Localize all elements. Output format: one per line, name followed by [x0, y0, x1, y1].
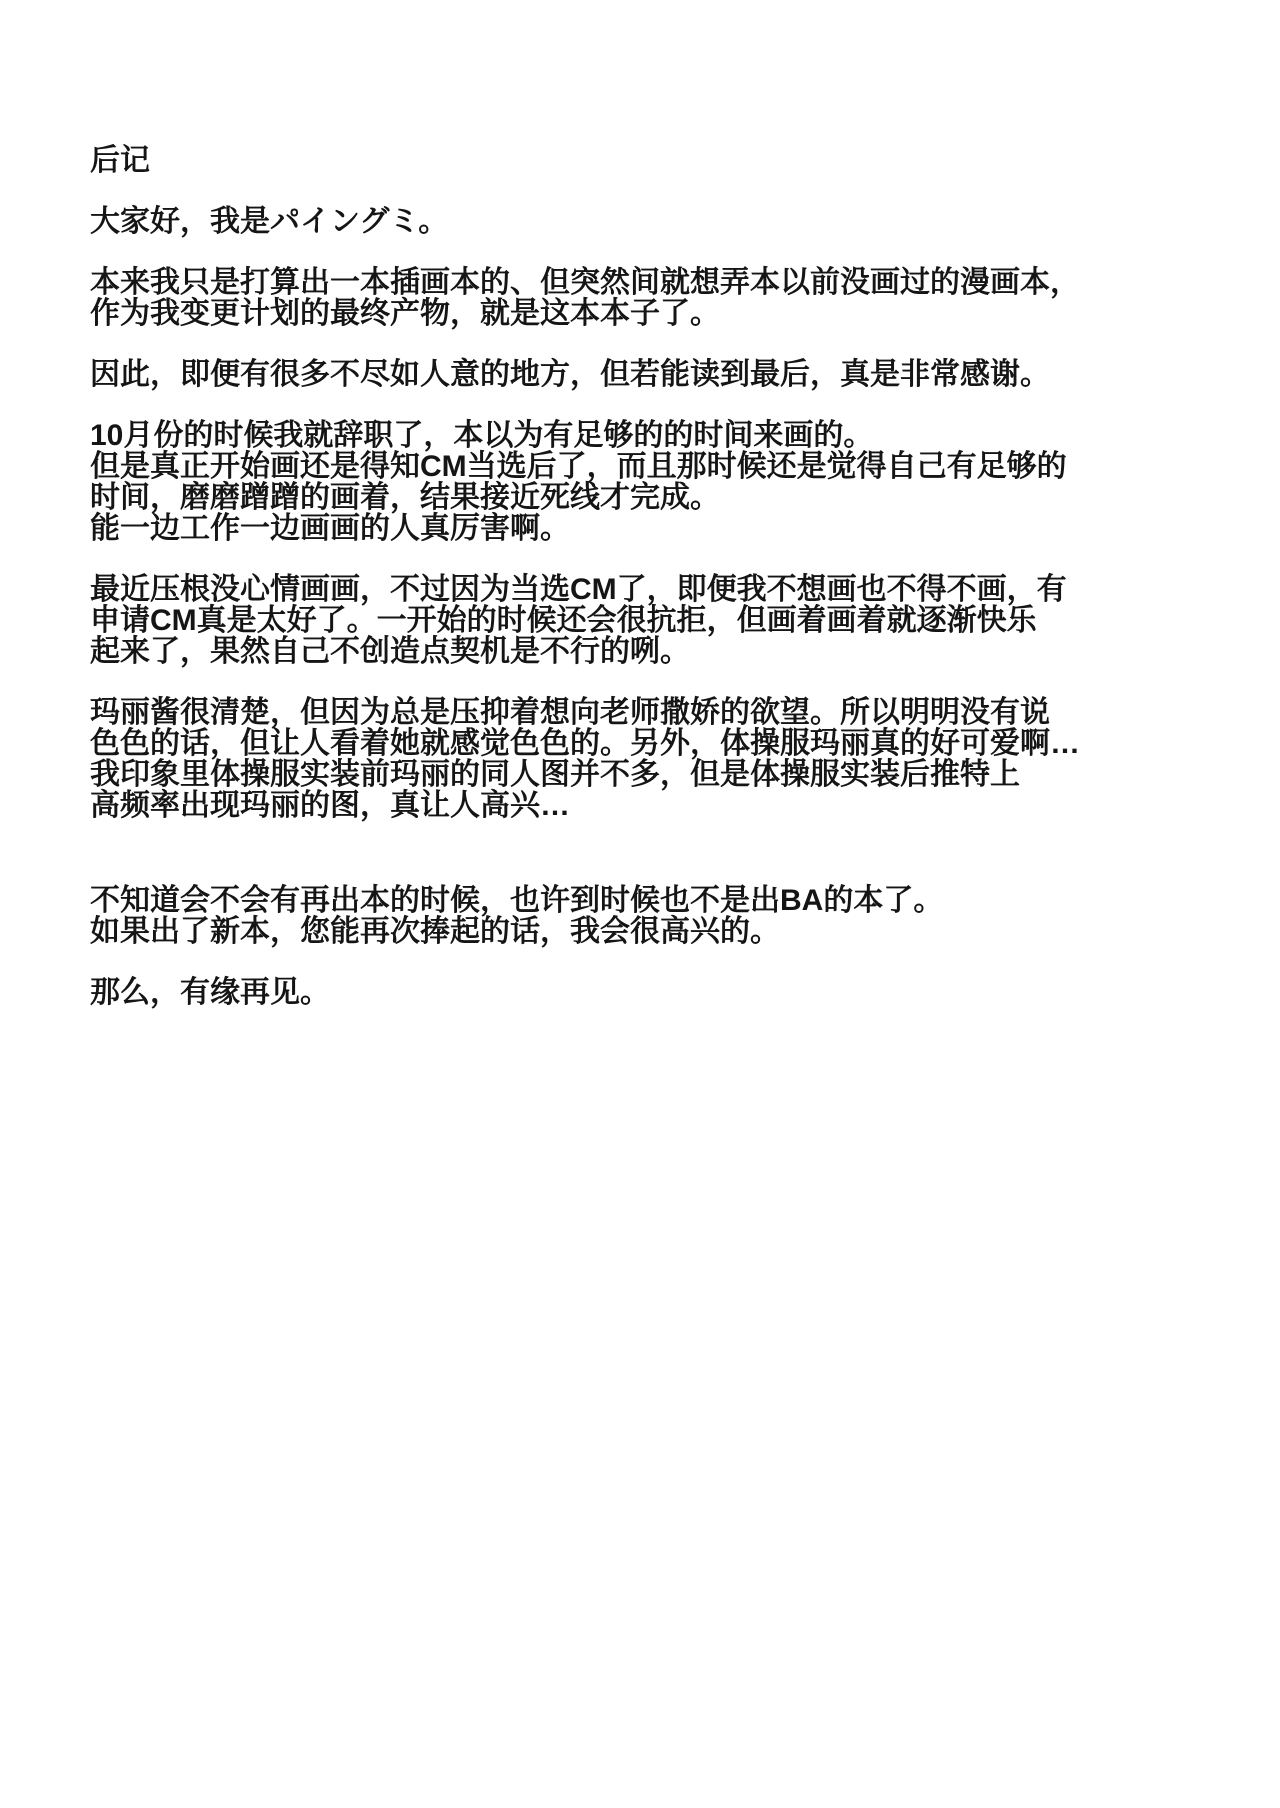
afterword-text-block: 后记大家好，我是パイングミ。本来我只是打算出一本插画本的、但突然间就想弄本以前没… [90, 145, 1200, 1008]
greeting: 大家好，我是パイングミ。 [90, 206, 1200, 237]
text-line: 能一边工作一边画画的人真厉害啊。 [90, 513, 1200, 544]
text-line: 时间，磨磨蹭蹭的画着，结果接近死线才完成。 [90, 482, 1200, 513]
text-line: 高频率出现玛丽的图，真让人高兴… [90, 790, 1200, 821]
text-line: 不知道会不会有再出本的时候，也许到时候也不是出BA的本了。 [90, 885, 1200, 916]
text-line: 玛丽酱很清楚，但因为总是压抑着想向老师撒娇的欲望。所以明明没有说 [90, 697, 1200, 728]
text-line: 作为我变更计划的最终产物，就是这本本子了。 [90, 298, 1200, 329]
page-title: 后记 [90, 145, 1200, 176]
paragraph: 10月份的时候我就辞职了，本以为有足够的的时间来画的。但是真正开始画还是得知CM… [90, 420, 1200, 544]
paragraph: 玛丽酱很清楚，但因为总是压抑着想向老师撒娇的欲望。所以明明没有说色色的话，但让人… [90, 697, 1200, 821]
text-line: 申请CM真是太好了。一开始的时候还会很抗拒，但画着画着就逐渐快乐 [90, 605, 1200, 636]
text-line: 后记 [90, 145, 1200, 176]
paragraph: 不知道会不会有再出本的时候，也许到时候也不是出BA的本了。如果出了新本，您能再次… [90, 885, 1200, 947]
text-line: 起来了，果然自己不创造点契机是不行的咧。 [90, 636, 1200, 667]
text-line: 大家好，我是パイングミ。 [90, 206, 1200, 237]
text-line: 因此，即便有很多不尽如人意的地方，但若能读到最后，真是非常感谢。 [90, 359, 1200, 390]
closing: 那么，有缘再见。 [90, 977, 1200, 1008]
text-line: 最近压根没心情画画，不过因为当选CM了，即便我不想画也不得不画，有 [90, 574, 1200, 605]
afterword-page: 后记大家好，我是パイングミ。本来我只是打算出一本插画本的、但突然间就想弄本以前没… [0, 0, 1280, 1808]
text-line: 我印象里体操服实装前玛丽的同人图并不多，但是体操服实装后推特上 [90, 759, 1200, 790]
text-line: 如果出了新本，您能再次捧起的话，我会很高兴的。 [90, 916, 1200, 947]
text-line: 那么，有缘再见。 [90, 977, 1200, 1008]
text-line: 但是真正开始画还是得知CM当选后了，而且那时候还是觉得自己有足够的 [90, 451, 1200, 482]
text-line: 10月份的时候我就辞职了，本以为有足够的的时间来画的。 [90, 420, 1200, 451]
paragraph: 最近压根没心情画画，不过因为当选CM了，即便我不想画也不得不画，有申请CM真是太… [90, 574, 1200, 667]
paragraph: 本来我只是打算出一本插画本的、但突然间就想弄本以前没画过的漫画本，作为我变更计划… [90, 267, 1200, 329]
text-line: 本来我只是打算出一本插画本的、但突然间就想弄本以前没画过的漫画本， [90, 267, 1200, 298]
paragraph: 因此，即便有很多不尽如人意的地方，但若能读到最后，真是非常感谢。 [90, 359, 1200, 390]
text-line: 色色的话，但让人看着她就感觉色色的。另外，体操服玛丽真的好可爱啊… [90, 728, 1200, 759]
